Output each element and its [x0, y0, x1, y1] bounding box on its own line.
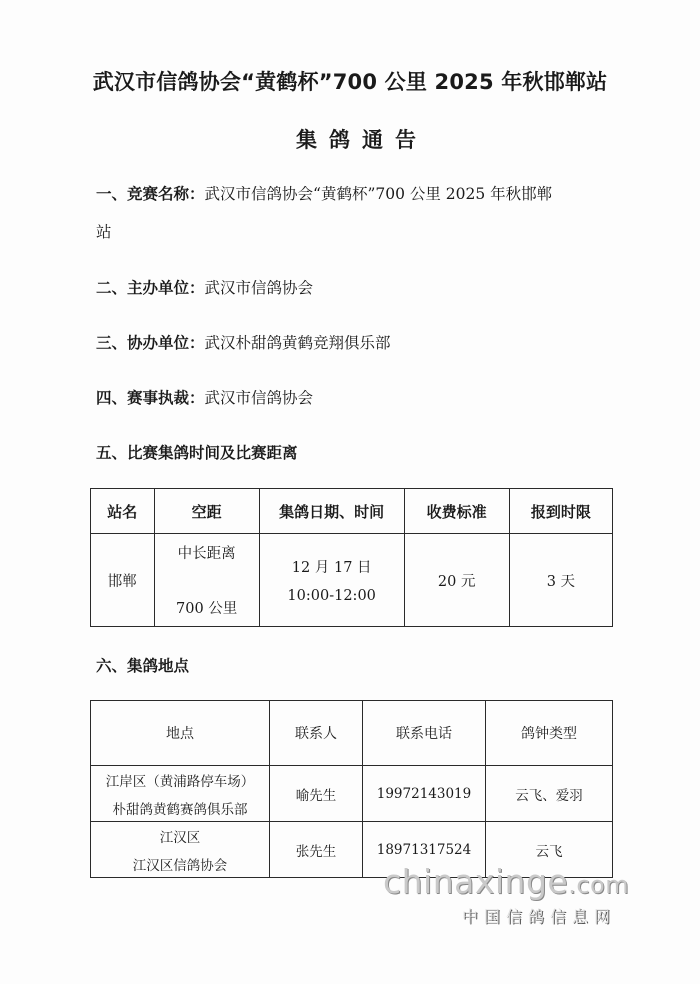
time-value: 10:00-12:00	[287, 588, 375, 604]
header-station: 站名	[91, 489, 155, 534]
date-value: 12 月 17 日	[292, 556, 372, 577]
watermark-site-name: 中国信鸽信息网	[462, 904, 616, 927]
section-label: 一、竞赛名称：	[96, 185, 205, 203]
section-label: 二、主办单位：	[96, 279, 205, 297]
distance-type: 中长距离	[178, 542, 236, 563]
header-deadline: 报到时限	[509, 489, 612, 534]
header-contact: 联系人	[270, 701, 363, 766]
header-distance: 空距	[154, 489, 259, 534]
header-location: 地点	[91, 701, 270, 766]
section-competition-name: 一、竞赛名称：武汉市信鸽协会“黄鹤杯”700 公里 2025 年秋邯郸	[96, 182, 552, 204]
location-line1: 江岸区（黄浦路停车场）	[106, 770, 255, 790]
header-clock-type: 鸽钟类型	[486, 701, 613, 766]
location-line2: 江汉区信鸽协会	[133, 854, 228, 874]
schedule-table: 站名 空距 集鸽日期、时间 收费标准 报到时限 邯郸 中长距离 700 公里 1…	[90, 488, 613, 627]
section-value: 武汉市信鸽协会	[205, 389, 314, 407]
section-location-heading: 六、集鸽地点	[96, 654, 189, 676]
cell-location: 江岸区（黄浦路停车场） 朴甜鸽黄鹤赛鸽俱乐部	[91, 766, 270, 822]
watermark-domain: chinaxinge.com	[383, 862, 629, 901]
section-continuation: 站	[96, 220, 112, 242]
watermark-domain-main: chinaxinge	[383, 862, 568, 901]
table-row: 邯郸 中长距离 700 公里 12 月 17 日 10:00-12:00 20 …	[91, 534, 613, 627]
cell-contact: 喻先生	[270, 766, 363, 822]
section-value: 武汉市信鸽协会	[205, 279, 314, 297]
distance-value: 700 公里	[176, 597, 237, 618]
cell-contact: 张先生	[270, 822, 363, 878]
location-line2: 朴甜鸽黄鹤赛鸽俱乐部	[113, 798, 248, 818]
section-label: 三、协办单位：	[96, 334, 205, 352]
section-co-organizer: 三、协办单位：武汉朴甜鸽黄鹤竞翔俱乐部	[96, 331, 391, 353]
section-value: 武汉市信鸽协会“黄鹤杯”700 公里 2025 年秋邯郸	[205, 185, 553, 203]
table-header-row: 地点 联系人 联系电话 鸽钟类型	[91, 701, 613, 766]
cell-deadline: 3 天	[509, 534, 612, 627]
header-datetime: 集鸽日期、时间	[259, 489, 404, 534]
cell-phone: 19972143019	[363, 766, 486, 822]
cell-fee: 20 元	[404, 534, 509, 627]
table-row: 江岸区（黄浦路停车场） 朴甜鸽黄鹤赛鸽俱乐部 喻先生 19972143019 云…	[91, 766, 613, 822]
header-fee: 收费标准	[404, 489, 509, 534]
section-value: 武汉朴甜鸽黄鹤竞翔俱乐部	[205, 334, 391, 352]
document-title: 武汉市信鸽协会“黄鹤杯”700 公里 2025 年秋邯郸站	[0, 66, 700, 96]
location-line1: 江汉区	[160, 826, 201, 846]
cell-clock-type: 云飞、爱羽	[486, 766, 613, 822]
document-subtitle: 集鸽通告	[0, 124, 700, 154]
table-header-row: 站名 空距 集鸽日期、时间 收费标准 报到时限	[91, 489, 613, 534]
cell-station: 邯郸	[91, 534, 155, 627]
section-organizer: 二、主办单位：武汉市信鸽协会	[96, 276, 313, 298]
section-label: 四、赛事执裁：	[96, 389, 205, 407]
location-table: 地点 联系人 联系电话 鸽钟类型 江岸区（黄浦路停车场） 朴甜鸽黄鹤赛鸽俱乐部 …	[90, 700, 613, 878]
cell-distance: 中长距离 700 公里	[154, 534, 259, 627]
section-referee: 四、赛事执裁：武汉市信鸽协会	[96, 386, 313, 408]
cell-datetime: 12 月 17 日 10:00-12:00	[259, 534, 404, 627]
cell-location: 江汉区 江汉区信鸽协会	[91, 822, 270, 878]
section-schedule-heading: 五、比赛集鸽时间及比赛距离	[96, 441, 298, 463]
header-phone: 联系电话	[363, 701, 486, 766]
watermark-domain-suffix: .com	[568, 871, 629, 899]
